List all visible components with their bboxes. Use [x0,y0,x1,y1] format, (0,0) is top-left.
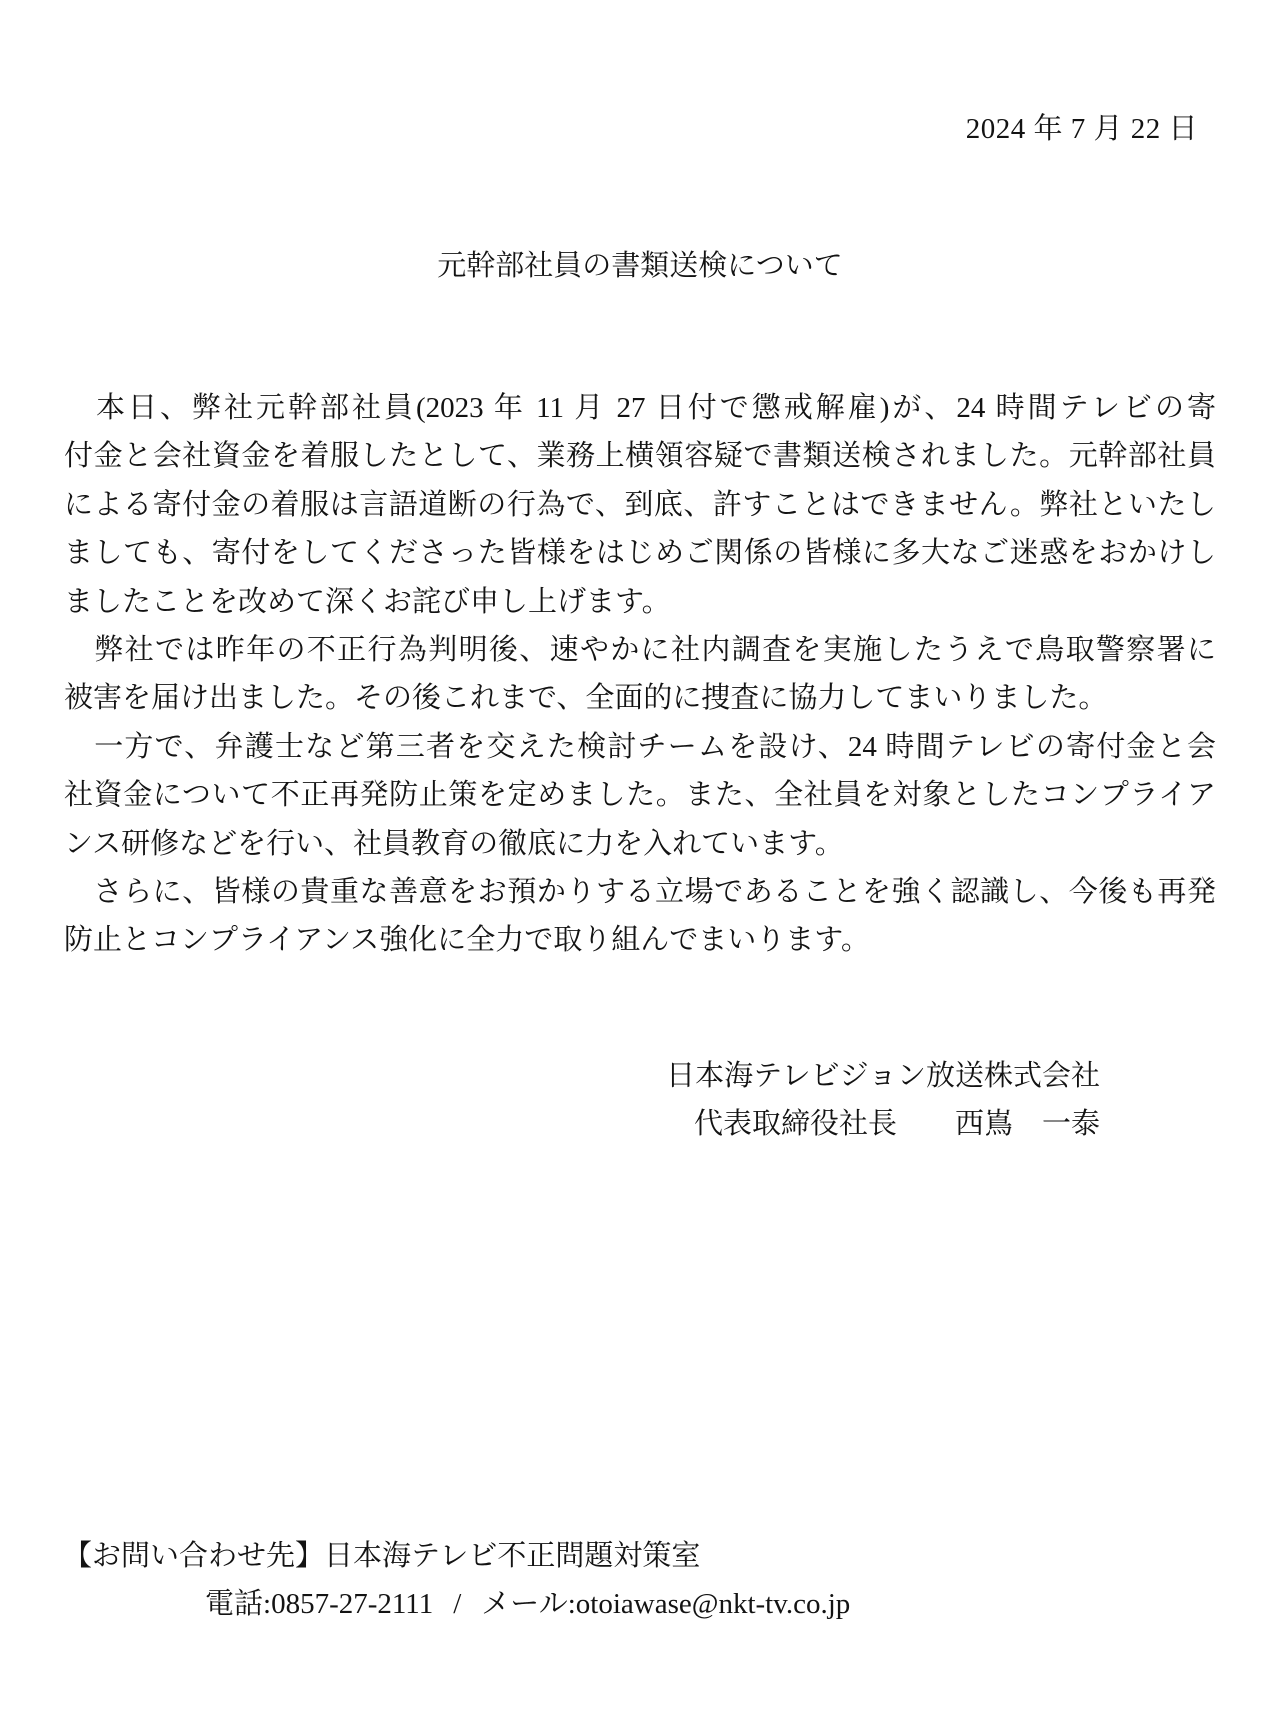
page-title: 元幹部社員の書類送検について [0,243,1280,284]
email-address: otoiawase@nkt-tv.co.jp [576,1588,850,1620]
contact-details: 電話:0857-27-2111/メール:otoiawase@nkt-tv.co.… [205,1580,850,1628]
paragraph: 本日、弊社元幹部社員(2023 年 11 月 27 日付で懲戒解雇)が、24 時… [64,384,1216,626]
document-body: 本日、弊社元幹部社員(2023 年 11 月 27 日付で懲戒解雇)が、24 時… [64,384,1216,965]
paragraph-line: 弊社では昨年の不正行為判明後、速やかに社内調査を実施したうえで鳥取警察署に [64,626,1216,674]
contact-separator: / [453,1580,461,1628]
paragraph-line: さらに、皆様の貴重な善意をお預かりする立場であることを強く認識し、今後も再発 [64,868,1216,916]
paragraph-line: 防止とコンプライアンス強化に全力で取り組んでまいります。 [64,916,1216,964]
press-release-page: 2024 年 7 月 22 日 元幹部社員の書類送検について 本日、弊社元幹部社… [0,0,1280,1715]
phone-label: 電話: [205,1588,271,1620]
email-label: メール: [481,1588,575,1620]
paragraph-line: 社資金について不正再発防止策を定めました。また、全社員を対象としたコンプライア [64,771,1216,819]
paragraph-line: による寄付金の着服は言語道断の行為で、到底、許すことはできません。弊社といたし [64,481,1216,529]
document-date: 2024 年 7 月 22 日 [966,106,1198,147]
paragraph-line: 被害を届け出ました。その後これまで、全面的に捜査に協力してまいりました。 [64,674,1216,722]
paragraph-line: 本日、弊社元幹部社員(2023 年 11 月 27 日付で懲戒解雇)が、24 時… [64,384,1216,432]
signature-block: 日本海テレビジョン放送株式会社 代表取締役社長 西嶌 一泰 [666,1052,1100,1149]
contact-heading: 【お問い合わせ先】日本海テレビ不正問題対策室 [63,1532,850,1580]
paragraph-line: ましたことを改めて深くお詫び申し上げます。 [64,578,1216,626]
paragraph: さらに、皆様の貴重な善意をお預かりする立場であることを強く認識し、今後も再発防止… [64,868,1216,965]
paragraph: 弊社では昨年の不正行為判明後、速やかに社内調査を実施したうえで鳥取警察署に被害を… [64,626,1216,723]
paragraph-line: 付金と会社資金を着服したとして、業務上横領容疑で書類送検されました。元幹部社員 [64,432,1216,480]
paragraph-line: ンス研修などを行い、社員教育の徹底に力を入れています。 [64,820,1216,868]
paragraph: 一方で、弁護士など第三者を交えた検討チームを設け、24 時間テレビの寄付金と会社… [64,723,1216,868]
paragraph-line: 一方で、弁護士など第三者を交えた検討チームを設け、24 時間テレビの寄付金と会 [64,723,1216,771]
contact-block: 【お問い合わせ先】日本海テレビ不正問題対策室 電話:0857-27-2111/メ… [63,1532,850,1629]
company-name: 日本海テレビジョン放送株式会社 [666,1052,1100,1100]
representative-name: 代表取締役社長 西嶌 一泰 [666,1100,1100,1148]
paragraph-line: ましても、寄付をしてくださった皆様をはじめご関係の皆様に多大なご迷惑をおかけし [64,529,1216,577]
phone-number: 0857-27-2111 [271,1588,433,1620]
